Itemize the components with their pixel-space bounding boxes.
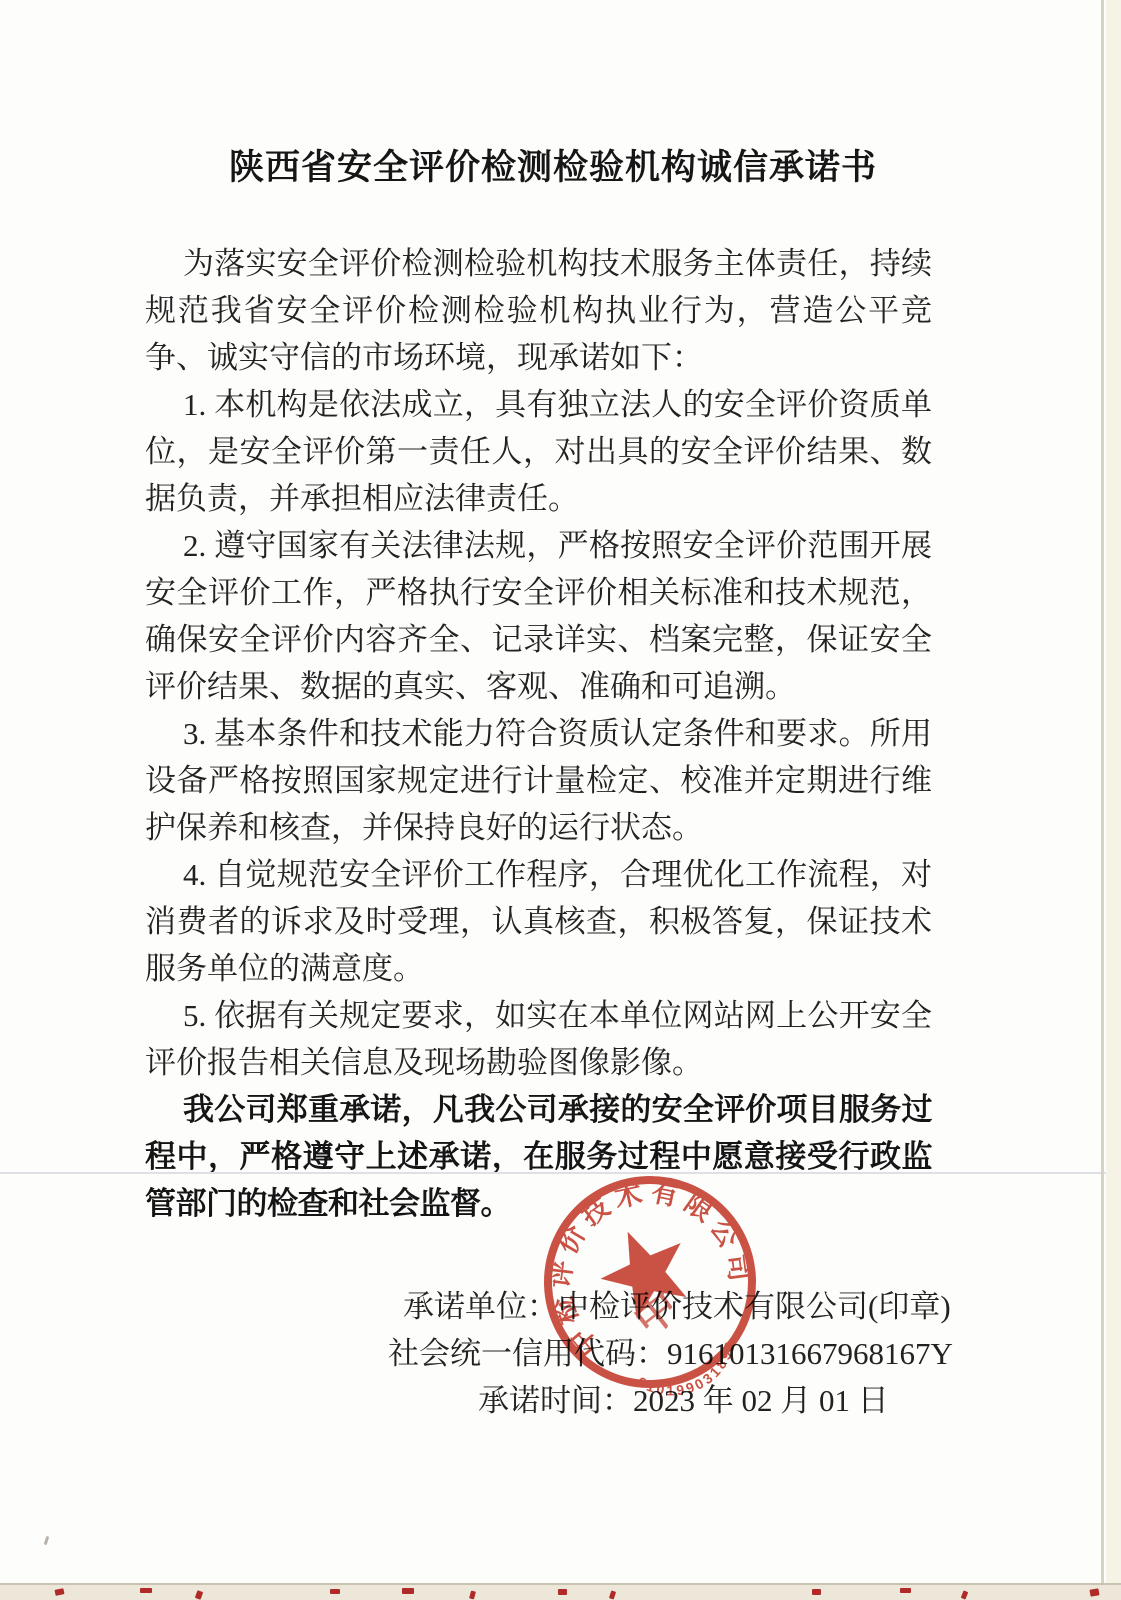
intro-paragraph: 为落实安全评价检测检验机构技术服务主体责任，持续规范我省安全评价检测检验机构执业… [145,240,932,381]
scan-speck [900,1588,911,1593]
scan-artifact-mark [44,1536,50,1545]
scan-speck [330,1589,340,1594]
scan-speck [961,1590,969,1599]
scan-speck [54,1588,64,1596]
scanned-document-page: 陕西省安全评价检测检验机构诚信承诺书 为落实安全评价检测检验机构技术服务主体责任… [0,0,1121,1600]
commitment-item-5: 5. 依据有关规定要求，如实在本单位网站网上公开安全评价报告相关信息及现场勘验图… [145,992,932,1086]
scan-speck [812,1589,821,1595]
scan-artifact-horizontal-line [0,1172,1106,1174]
document-title: 陕西省安全评价检测检验机构诚信承诺书 [0,140,1106,190]
company-seal-stamp: 中检评价技术有限公司 610199031892 中 [530,1162,770,1402]
scan-speck [558,1589,567,1595]
commitment-item-3: 3. 基本条件和技术能力符合资质认定条件和要求。所用设备严格按照国家规定进行计量… [145,710,932,851]
commitment-item-2: 2. 遵守国家有关法律法规，严格按照安全评价范围开展安全评价工作，严格执行安全评… [145,522,932,710]
scanner-background-bottom [0,1583,1121,1600]
seal-arc-number: 610199031892 [631,1332,752,1402]
scan-speck [140,1588,152,1593]
scan-speck [402,1588,414,1594]
scan-speck [609,1590,616,1599]
scanner-background-right [1106,0,1121,1583]
document-body: 为落实安全评价检测检验机构技术服务主体责任，持续规范我省安全评价检测检验机构执业… [145,240,932,1227]
scan-speck [469,1590,476,1599]
commitment-item-1: 1. 本机构是依法成立，具有独立法人的安全评价资质单位，是安全评价第一责任人，对… [145,381,932,522]
scan-speck [195,1590,203,1600]
commitment-item-4: 4. 自觉规范安全评价工作程序，合理优化工作流程，对消费者的诉求及时受理，认真核… [145,851,932,992]
page-right-edge [1101,0,1104,1583]
scan-speck [1089,1588,1099,1596]
